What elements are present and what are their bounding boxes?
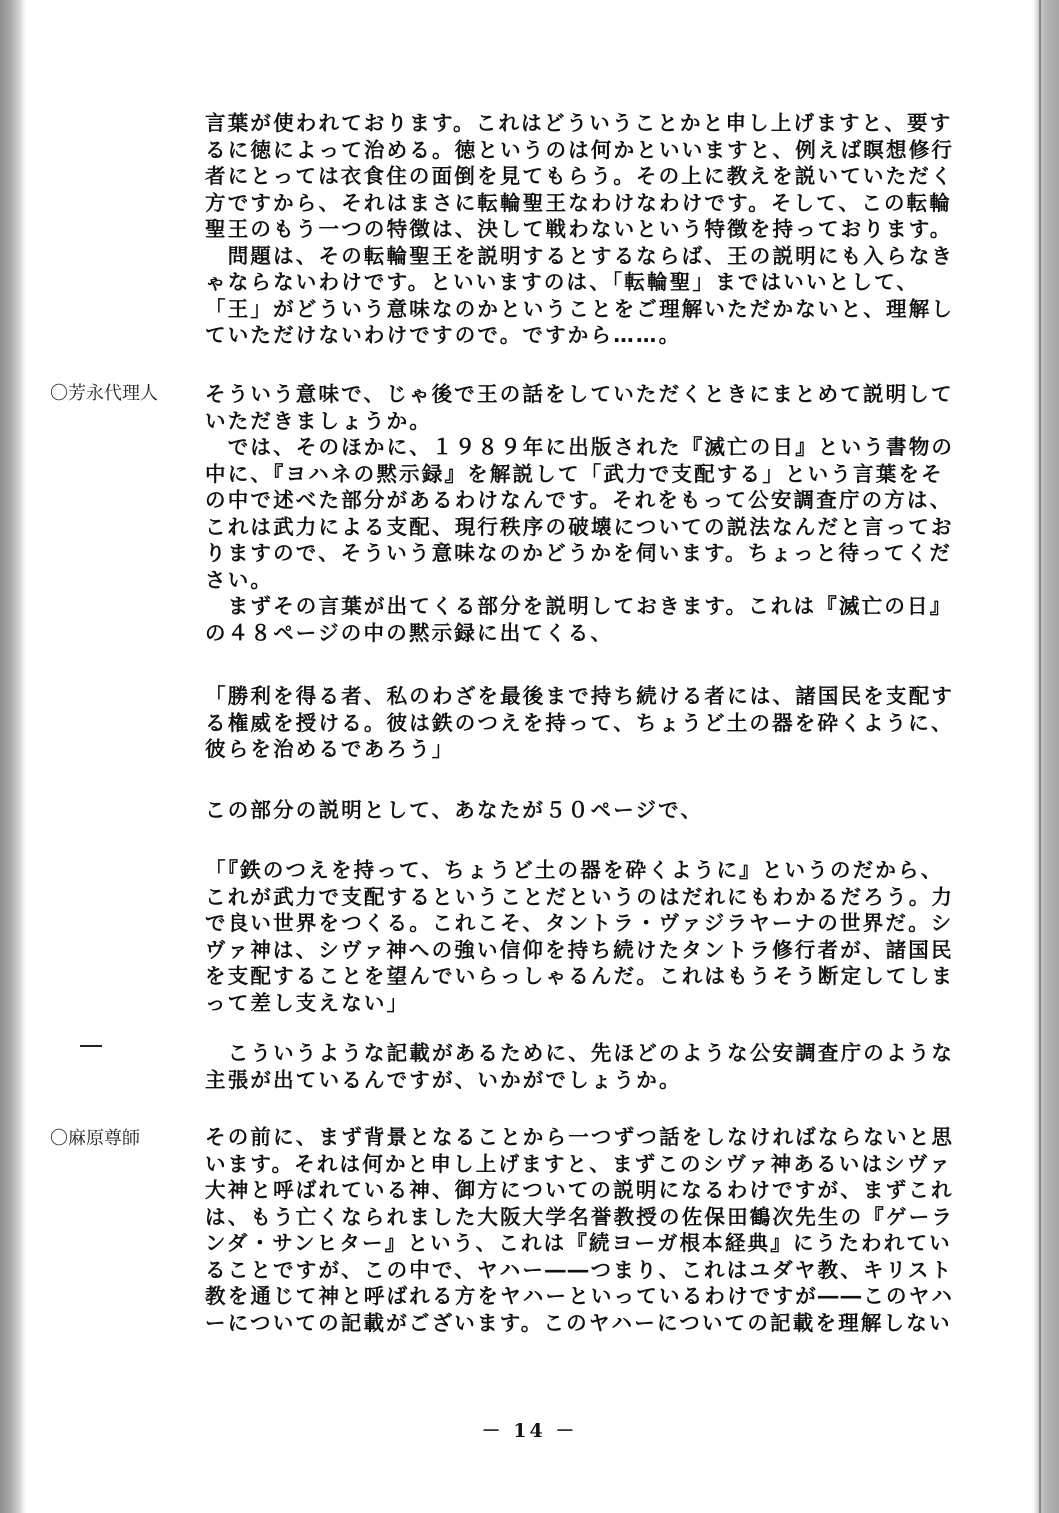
text-line: ンダ・サンヒター』という、これは『続ヨーガ根本経典』にうたわれてい [205, 1230, 957, 1257]
intermediate-line: この部分の説明として、あなたが５０ページで、 [205, 797, 957, 824]
text-line: 教を通じて神と呼ばれる方をヤハーといっているわけですが――このヤハ [205, 1283, 957, 1310]
quotation-block-1: 「勝利を得る者、私のわざを最後まで持ち続ける者には、諸国民を支配す る権威を授け… [205, 683, 957, 763]
text-line: の４８ページの中の黙示録に出てくる、 [205, 620, 957, 647]
quotation-block-2: 「『鉄のつえを持って、ちょうど土の器を砕くように』というのだから、 これが武力で… [205, 857, 957, 1016]
text-line: 者にとっては衣食住の面倒を見てもらう。その上に教えを説いていただく [205, 163, 957, 190]
scan-shadow-right [1033, 0, 1059, 1513]
scan-shadow-left [0, 0, 26, 1513]
continuation-paragraph: 言葉が使われております。これはどういうことかと申し上げますと、要す るに徳によっ… [205, 110, 957, 349]
text-line: いただきましょうか。 [205, 408, 957, 435]
text-line: ーについての記載がございます。このヤハーについての記載を理解しない [205, 1310, 957, 1337]
text-line: 主張が出ているんですが、いかがでしょうか。 [205, 1067, 957, 1094]
text-line: では、そのほかに、１９８９年に出版された『滅亡の日』という書物の [205, 434, 957, 461]
text-line: ゃならないわけです。といいますのは、「転輪聖」まではいいとして、 [205, 269, 957, 296]
text-line: ていただけないわけですので。ですから……。 [205, 322, 957, 349]
closing-question: こういうような記載があるために、先ほどのような公安調査庁のような 主張が出ている… [205, 1040, 957, 1093]
text-line: その前に、まず背景となることから一つずつ話をしなければならないと思 [205, 1124, 957, 1151]
text-line: います。それは何かと申し上げますと、まずこのシヴァ神あるいはシヴァ [205, 1151, 957, 1178]
quote-line: る権威を授ける。彼は鉄のつえを持って、ちょうど土の器を砕くように、 [205, 710, 957, 737]
scan-edge-line [1039, 0, 1041, 1513]
quote-line: って差し支えない」 [205, 990, 957, 1017]
speaker-yoshinaga-paragraph: そういう意味で、じゃ後で王の話をしていただくときにまとめて説明して いただきまし… [205, 381, 957, 646]
speaker-asahara-paragraph: その前に、まず背景となることから一つずつ話をしなければならないと思 います。それ… [205, 1124, 957, 1336]
text-line: 「王」がどういう意味なのかということをご理解いただかないと、理解し [205, 296, 957, 323]
text-line: りますので、そういう意味なのかどうかを伺います。ちょっと待ってくだ [205, 540, 957, 567]
quote-line: 彼らを治めるであろう」 [205, 736, 957, 763]
speaker-label-asahara: 〇麻原尊師 [50, 1126, 140, 1152]
text-line: の中で述べた部分があるわけなんです。それをもって公安調査庁の方は、 [205, 487, 957, 514]
text-line: こういうような記載があるために、先ほどのような公安調査庁のような [205, 1040, 957, 1067]
text-line: 方ですから、それはまさに転輪聖王なわけなわけです。そして、この転輪 [205, 190, 957, 217]
margin-dash-mark [80, 1045, 102, 1047]
text-line: これは武力による支配、現行秩序の破壊についての説法なんだと言ってお [205, 514, 957, 541]
text-line: は、もう亡くなられました大阪大学名誉教授の佐保田鶴次先生の『ゲーラ [205, 1204, 957, 1231]
text-line: 問題は、その転輪聖王を説明するとするならば、王の説明にも入らなき [205, 243, 957, 270]
text-line: 言葉が使われております。これはどういうことかと申し上げますと、要す [205, 110, 957, 137]
speaker-label-yoshinaga: 〇芳永代理人 [50, 381, 158, 407]
text-line: さい。 [205, 567, 957, 594]
quote-line: で良い世界をつくる。これこそ、タントラ・ヴァジラヤーナの世界だ。シ [205, 910, 957, 937]
quote-line: 「勝利を得る者、私のわざを最後まで持ち続ける者には、諸国民を支配す [205, 683, 957, 710]
quote-line: ヴァ神は、シヴァ神への強い信仰を持ち続けたタントラ修行者が、諸国民 [205, 937, 957, 964]
text-line: まずその言葉が出てくる部分を説明しておきます。これは『滅亡の日』 [205, 593, 957, 620]
quote-line: 「『鉄のつえを持って、ちょうど土の器を砕くように』というのだから、 [205, 857, 957, 884]
text-line: ることですが、この中で、ヤハー――つまり、これはユダヤ教、キリスト [205, 1257, 957, 1284]
page-number: － 14 － [0, 1416, 1059, 1443]
text-line: 中に、『ヨハネの黙示録』を解説して「武力で支配する」という言葉をそ [205, 461, 957, 488]
quote-line: これが武力で支配するということだというのはだれにもわかるだろう。力 [205, 884, 957, 911]
text-line: るに徳によって治める。徳というのは何かといいますと、例えば瞑想修行 [205, 137, 957, 164]
text-line: そういう意味で、じゃ後で王の話をしていただくときにまとめて説明して [205, 381, 957, 408]
quote-line: を支配することを望んでいらっしゃるんだ。これはもうそう断定してしま [205, 963, 957, 990]
text-line: この部分の説明として、あなたが５０ページで、 [205, 797, 957, 824]
text-line: 聖王のもう一つの特徴は、決して戦わないという特徴を持っております。 [205, 216, 957, 243]
text-line: 大神と呼ばれている神、御方についての説明になるわけですが、まずこれ [205, 1177, 957, 1204]
